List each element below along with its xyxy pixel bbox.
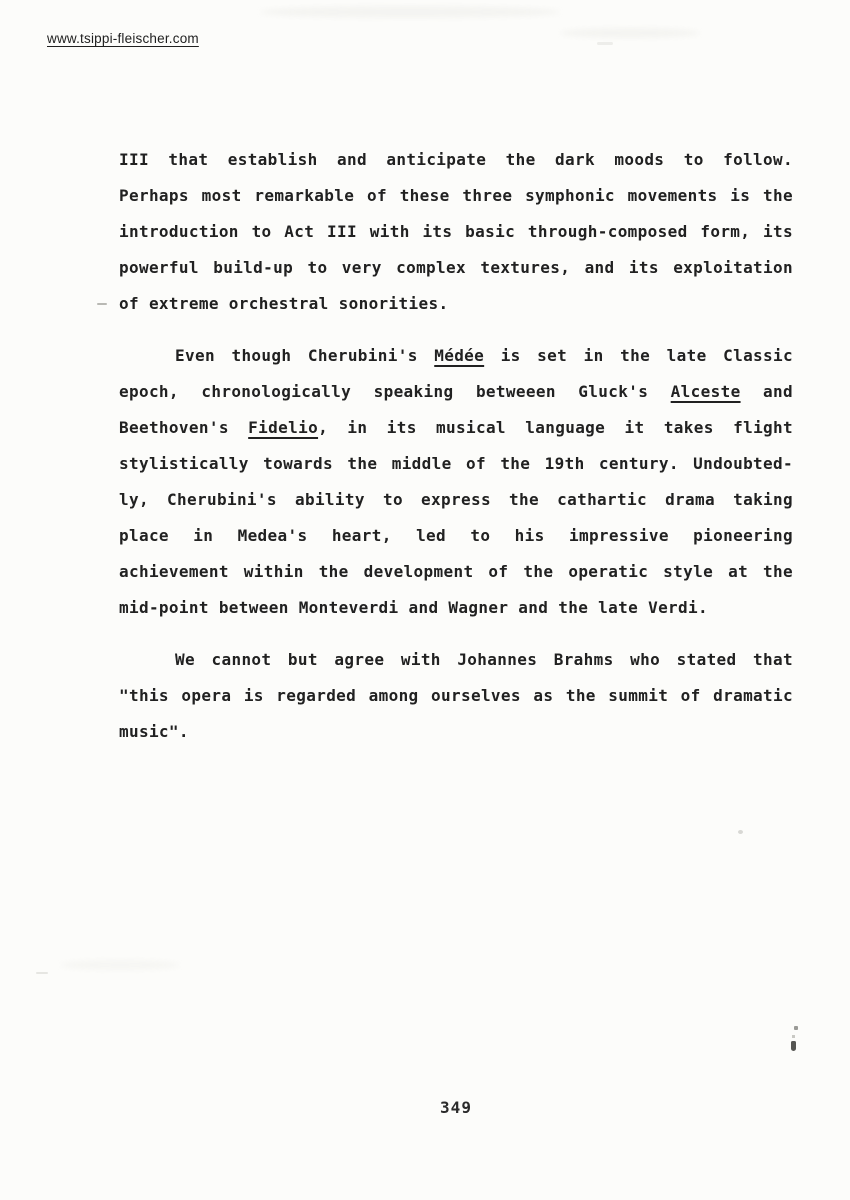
text-line: Even though Cherubini's Médée is set in … [119, 338, 793, 374]
scan-artifact [791, 1041, 796, 1051]
scan-artifact [597, 42, 613, 45]
paragraph: III that establish and anticipate the da… [119, 142, 793, 322]
text-line: Perhaps most remarkable of these three s… [119, 178, 793, 214]
text-line: stylistically towards the middle of the … [119, 446, 793, 482]
text-line: "this opera is regarded among ourselves … [119, 678, 793, 714]
document-body: III that establish and anticipate the da… [119, 142, 793, 766]
text-line: We cannot but agree with Johannes Brahms… [119, 642, 793, 678]
scan-smudge [260, 6, 560, 18]
text-line: III that establish and anticipate the da… [119, 142, 793, 178]
text-line: place in Medea's heart, led to his impre… [119, 518, 793, 554]
text-line: of extreme orchestral sonorities. [119, 286, 793, 322]
scan-smudge [560, 28, 700, 38]
scanned-document-page: www.tsippi-fleischer.com III that establ… [0, 0, 850, 1200]
page-number: 349 [119, 1098, 793, 1117]
underlined-term: Alceste [671, 382, 741, 401]
scan-artifact [738, 830, 743, 834]
text-line: introduction to Act III with its basic t… [119, 214, 793, 250]
text-line: Beethoven's Fidelio, in its musical lang… [119, 410, 793, 446]
header-url-link[interactable]: www.tsippi-fleischer.com [47, 31, 199, 46]
text-line: ly, Cherubini's ability to express the c… [119, 482, 793, 518]
paragraph: Even though Cherubini's Médée is set in … [119, 338, 793, 626]
text-line: mid-point between Monteverdi and Wagner … [119, 590, 793, 626]
underlined-term: Médée [434, 346, 484, 365]
text-line: epoch, chronologically speaking betweeen… [119, 374, 793, 410]
text-line: powerful build-up to very complex textur… [119, 250, 793, 286]
scan-artifact [97, 303, 107, 305]
underlined-term: Fidelio [248, 418, 318, 437]
scan-artifact [794, 1026, 798, 1030]
paragraph: We cannot but agree with Johannes Brahms… [119, 642, 793, 750]
text-line: music". [119, 714, 793, 750]
scan-artifact [36, 972, 48, 974]
scan-smudge [60, 960, 180, 970]
text-line: achievement within the development of th… [119, 554, 793, 590]
